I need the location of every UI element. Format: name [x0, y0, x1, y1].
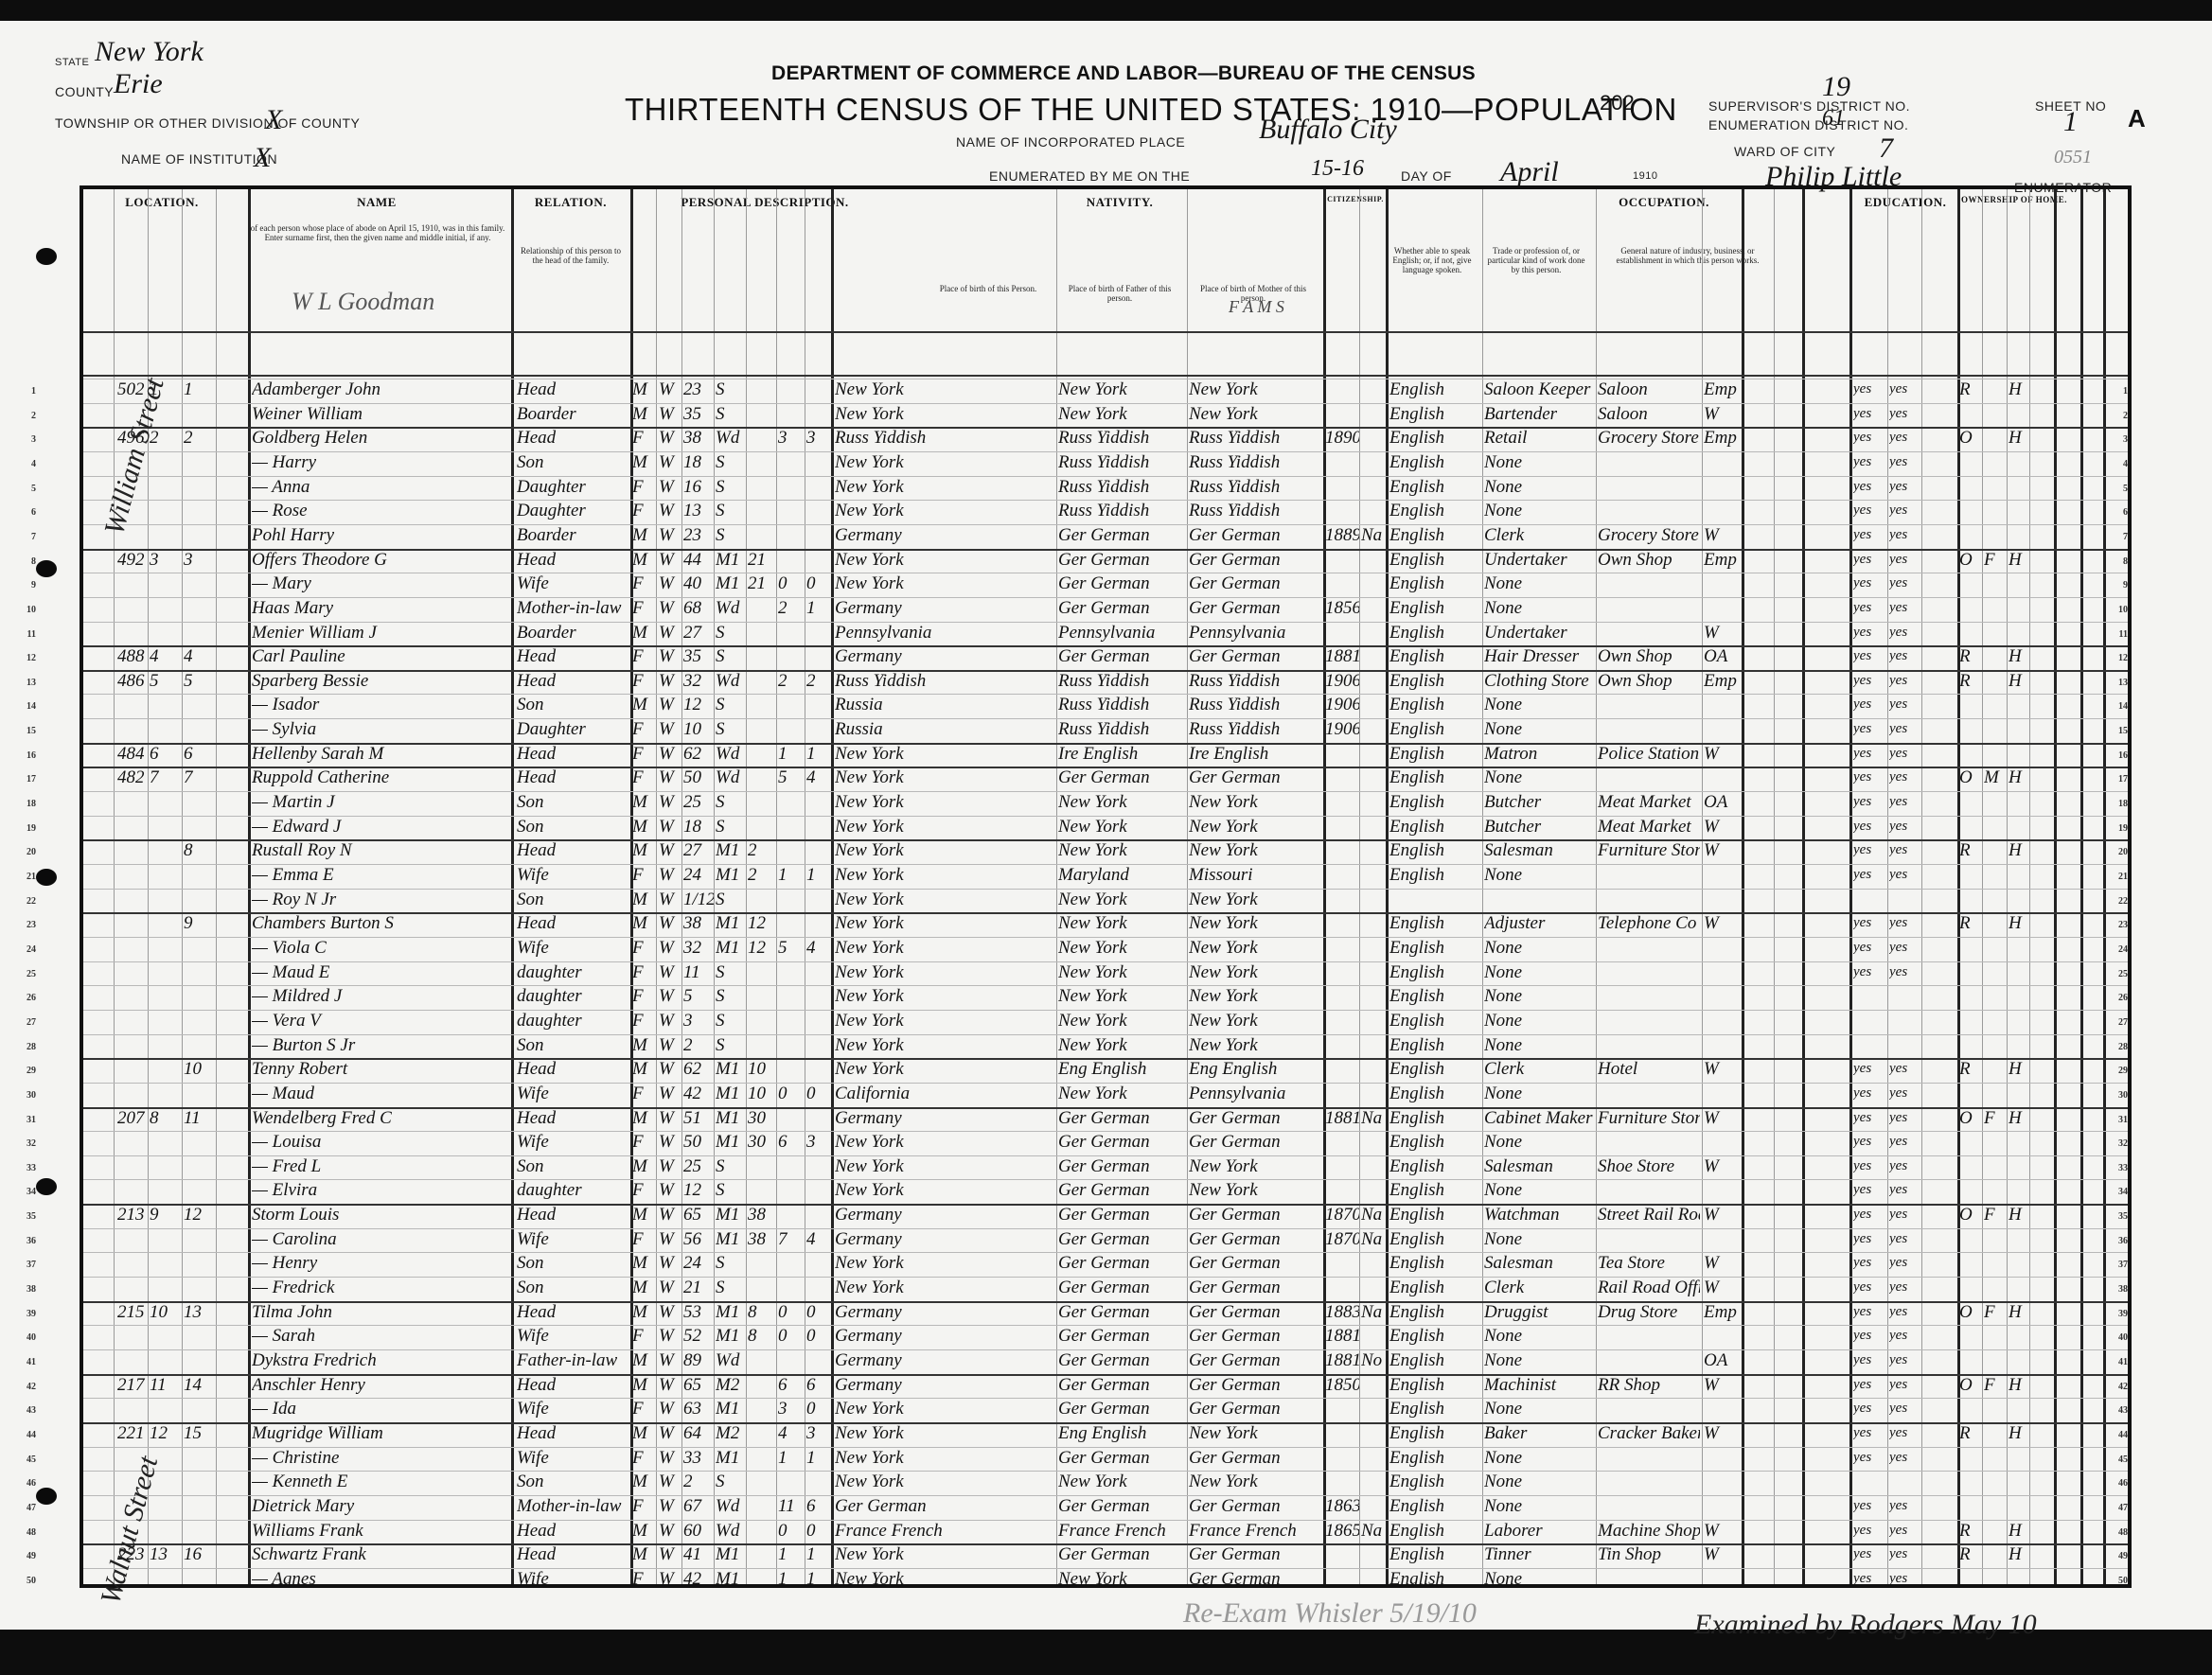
race: W	[659, 1299, 681, 1325]
can-read: yes	[1853, 692, 1887, 717]
line-number: 9	[2109, 580, 2128, 591]
children-born: 0	[778, 1323, 803, 1349]
can-read: yes	[1853, 644, 1887, 669]
birthplace-mother: Ger German	[1189, 1445, 1321, 1471]
can-write: yes	[1889, 789, 1923, 815]
trade: None	[1484, 983, 1594, 1009]
line-number: 24	[2109, 944, 2128, 955]
line-number: 16	[17, 750, 36, 761]
birthplace-person: New York	[835, 474, 1054, 500]
relation: Head	[517, 668, 628, 694]
birthplace-person: New York	[835, 960, 1054, 985]
age: 2	[683, 1469, 714, 1494]
can-read: yes	[1853, 814, 1887, 839]
birthplace-mother: Ger German	[1189, 1396, 1321, 1421]
race: W	[659, 1226, 681, 1252]
industry: Own Shop	[1598, 644, 1700, 669]
race: W	[659, 595, 681, 621]
race: W	[659, 498, 681, 523]
line-number: 15	[17, 726, 36, 736]
relation: Wife	[517, 935, 628, 961]
can-write: yes	[1889, 1542, 1923, 1567]
birthplace-person: New York	[835, 1154, 1054, 1179]
trade: Watchman	[1484, 1202, 1594, 1227]
person-name: Menier William J	[252, 620, 507, 645]
immigration-year: 1863	[1325, 1493, 1359, 1519]
relation: Head	[517, 1056, 628, 1082]
birthplace-mother: Ger German	[1189, 1566, 1321, 1592]
line-number: 37	[17, 1260, 36, 1270]
age: 65	[683, 1202, 714, 1227]
can-read: yes	[1853, 862, 1887, 888]
line-number: 27	[2109, 1017, 2128, 1028]
farm-house: H	[2008, 1105, 2029, 1131]
race: W	[659, 814, 681, 839]
line-number: 23	[2109, 920, 2128, 930]
relation: daughter	[517, 983, 628, 1009]
can-read: yes	[1853, 960, 1887, 985]
line-number: 44	[2109, 1430, 2128, 1440]
sex: M	[632, 1542, 655, 1567]
language: English	[1389, 377, 1480, 402]
age: 11	[683, 960, 714, 985]
industry: Furniture Store	[1598, 837, 1700, 863]
line-number: 26	[2109, 993, 2128, 1003]
line-number: 29	[17, 1066, 36, 1076]
census-table: LOCATION. NAME RELATION. PERSONAL DESCRI…	[80, 185, 2132, 1588]
institution-value: X	[254, 142, 271, 174]
employer-status: W	[1704, 1542, 1740, 1567]
can-write: yes	[1889, 765, 1923, 790]
marital-status: M1	[716, 1445, 746, 1471]
relation: Wife	[517, 1226, 628, 1252]
trade: Clerk	[1484, 1275, 1594, 1300]
sex: M	[632, 789, 655, 815]
children-living: 0	[806, 1299, 831, 1325]
birthplace-person: Germany	[835, 1348, 1054, 1373]
birthplace-mother: New York	[1189, 377, 1321, 402]
sex: M	[632, 1348, 655, 1373]
person-name: — Martin J	[252, 789, 507, 815]
can-read: yes	[1853, 450, 1887, 475]
line-number: 25	[2109, 969, 2128, 979]
punch-hole	[36, 869, 57, 886]
sex: M	[632, 1250, 655, 1276]
marital-status: M1	[716, 1226, 746, 1252]
farm-house: H	[2008, 377, 2029, 402]
line-number: 20	[2109, 847, 2128, 857]
employer-status: W	[1704, 741, 1740, 767]
ward-label: WARD OF CITY	[1734, 144, 1835, 159]
marital-status: M1	[716, 1323, 746, 1349]
person-name: Anschler Henry	[252, 1372, 507, 1398]
age: 62	[683, 1056, 714, 1082]
birthplace-person: New York	[835, 1250, 1054, 1276]
farm-house: H	[2008, 547, 2029, 573]
person-name: — Elvira	[252, 1177, 507, 1203]
sex: M	[632, 620, 655, 645]
person-name: Adamberger John	[252, 377, 507, 402]
age: 67	[683, 1493, 714, 1519]
industry: Own Shop	[1598, 668, 1700, 694]
marital-status: S	[716, 377, 746, 402]
relation: Head	[517, 425, 628, 450]
birthplace-person: Germany	[835, 1323, 1054, 1349]
industry: Hotel	[1598, 1056, 1700, 1082]
trade: None	[1484, 1081, 1594, 1106]
marital-status: M1	[716, 1566, 746, 1592]
can-write: yes	[1889, 716, 1923, 742]
person-name: Tenny Robert	[252, 1056, 507, 1082]
birthplace-person: New York	[835, 887, 1054, 912]
birthplace-mother: New York	[1189, 983, 1321, 1009]
race: W	[659, 741, 681, 767]
sex: F	[632, 983, 655, 1009]
line-number: 6	[17, 507, 36, 518]
birthplace-person: Germany	[835, 595, 1054, 621]
line-number: 32	[2109, 1138, 2128, 1149]
relation: Wife	[517, 1566, 628, 1592]
can-read: yes	[1853, 1226, 1887, 1252]
children-born: 0	[778, 571, 803, 596]
marital-status: S	[716, 983, 746, 1009]
birthplace-person: New York	[835, 862, 1054, 888]
marital-status: Wd	[716, 595, 746, 621]
birthplace-father: Russ Yiddish	[1058, 498, 1185, 523]
line-number: 10	[17, 605, 36, 615]
employer-status: OA	[1704, 789, 1740, 815]
birthplace-mother: New York	[1189, 814, 1321, 839]
trade: None	[1484, 595, 1594, 621]
can-write: yes	[1889, 692, 1923, 717]
can-read: yes	[1853, 1299, 1887, 1325]
can-read: yes	[1853, 425, 1887, 450]
can-read: yes	[1853, 1202, 1887, 1227]
trade: None	[1484, 1469, 1594, 1494]
can-read: yes	[1853, 571, 1887, 596]
language: English	[1389, 1372, 1480, 1398]
farm-house: H	[2008, 765, 2029, 790]
person-name: Williams Frank	[252, 1518, 507, 1543]
trade: Butcher	[1484, 814, 1594, 839]
children-living: 3	[806, 425, 831, 450]
owned-rented: O	[1959, 1105, 1980, 1131]
relation: Wife	[517, 1445, 628, 1471]
children-born: 5	[778, 765, 803, 790]
birthplace-mother: Ger German	[1189, 1105, 1321, 1131]
person-name: Dykstra Fredrich	[252, 1348, 507, 1373]
birthplace-person: France French	[835, 1518, 1054, 1543]
children-living: 2	[806, 668, 831, 694]
language: English	[1389, 571, 1480, 596]
immigration-year: 1883	[1325, 1299, 1359, 1325]
language: English	[1389, 644, 1480, 669]
can-read: yes	[1853, 1518, 1887, 1543]
language: English	[1389, 1226, 1480, 1252]
sheet-side: A	[2128, 104, 2146, 133]
person-name: Rustall Roy N	[252, 837, 507, 863]
children-living: 0	[806, 1396, 831, 1421]
marital-status: S	[716, 498, 746, 523]
birthplace-mother: Eng English	[1189, 1056, 1321, 1082]
can-read: yes	[1853, 1420, 1887, 1446]
race: W	[659, 1420, 681, 1446]
line-number: 8	[2109, 556, 2128, 567]
birthplace-father: New York	[1058, 814, 1185, 839]
industry: Police Station	[1598, 741, 1700, 767]
age: 40	[683, 571, 714, 596]
industry: Saloon	[1598, 377, 1700, 402]
language: English	[1389, 1008, 1480, 1033]
language: English	[1389, 789, 1480, 815]
family-number: 7	[184, 765, 214, 790]
marital-status: M1	[716, 837, 746, 863]
language: English	[1389, 668, 1480, 694]
race: W	[659, 1008, 681, 1033]
sex: F	[632, 741, 655, 767]
line-number: 38	[17, 1284, 36, 1295]
language: English	[1389, 1348, 1480, 1373]
supervisor-label: SUPERVISOR'S DISTRICT NO.	[1708, 98, 1910, 114]
line-number: 22	[17, 896, 36, 907]
state-label: STATE	[55, 57, 89, 68]
can-write: yes	[1889, 620, 1923, 645]
relation: Boarder	[517, 620, 628, 645]
farm-house: H	[2008, 425, 2029, 450]
line-number: 46	[17, 1478, 36, 1489]
dwelling-number: 9	[150, 1202, 178, 1227]
marital-status: Wd	[716, 1493, 746, 1519]
race: W	[659, 1323, 681, 1349]
birthplace-person: New York	[835, 910, 1054, 936]
birthplace-mother: Ger German	[1189, 1275, 1321, 1300]
marital-status: S	[716, 1154, 746, 1179]
line-number: 14	[2109, 701, 2128, 712]
race: W	[659, 1056, 681, 1082]
birthplace-mother: Russ Yiddish	[1189, 668, 1321, 694]
language: English	[1389, 862, 1480, 888]
dwelling-number: 13	[150, 1542, 178, 1567]
relation: Mother-in-law	[517, 595, 628, 621]
relation: Son	[517, 692, 628, 717]
birthplace-father: Russ Yiddish	[1058, 692, 1185, 717]
can-write: yes	[1889, 910, 1923, 936]
age: 5	[683, 983, 714, 1009]
relation-instructions: Relationship of this person to the head …	[519, 246, 623, 265]
race: W	[659, 1129, 681, 1155]
name-instructions: of each person whose place of abode on A…	[250, 223, 505, 242]
punch-hole	[36, 560, 57, 577]
person-name: Chambers Burton S	[252, 910, 507, 936]
years-married: 21	[748, 547, 774, 573]
language: English	[1389, 1542, 1480, 1567]
marital-status: S	[716, 1008, 746, 1033]
family-number: 5	[184, 668, 214, 694]
age: 3	[683, 1008, 714, 1033]
race: W	[659, 789, 681, 815]
naturalization: Na	[1361, 522, 1386, 548]
employer-status: OA	[1704, 1348, 1740, 1373]
birthplace-person: Russ Yiddish	[835, 668, 1054, 694]
birthplace-person: Germany	[835, 1202, 1054, 1227]
marital-status: M1	[716, 1542, 746, 1567]
line-number: 21	[2109, 872, 2128, 882]
line-number: 6	[2109, 507, 2128, 518]
children-born: 1	[778, 741, 803, 767]
race: W	[659, 887, 681, 912]
person-name: Pohl Harry	[252, 522, 507, 548]
employer-status: Emp	[1704, 425, 1740, 450]
person-name: — Rose	[252, 498, 507, 523]
race: W	[659, 474, 681, 500]
farm-house: H	[2008, 668, 2029, 694]
relation: Head	[517, 741, 628, 767]
years-married: 2	[748, 837, 774, 863]
person-name: — Burton S Jr	[252, 1032, 507, 1058]
person-name: Dietrick Mary	[252, 1493, 507, 1519]
age: 50	[683, 1129, 714, 1155]
marital-status: S	[716, 474, 746, 500]
birthplace-mother: Pennsylvania	[1189, 620, 1321, 645]
person-name: Sparberg Bessie	[252, 668, 507, 694]
birthplace-person: New York	[835, 741, 1054, 767]
race: W	[659, 1469, 681, 1494]
race: W	[659, 377, 681, 402]
person-name: Schwartz Frank	[252, 1542, 507, 1567]
owned-rented: R	[1959, 1542, 1980, 1567]
sex: M	[632, 547, 655, 573]
person-name: Carl Pauline	[252, 644, 507, 669]
birthplace-mother: Missouri	[1189, 862, 1321, 888]
can-write: yes	[1889, 377, 1923, 402]
language: English	[1389, 1445, 1480, 1471]
sex: M	[632, 522, 655, 548]
immigration-year: 1881	[1325, 644, 1359, 669]
trade: None	[1484, 960, 1594, 985]
can-read: yes	[1853, 910, 1887, 936]
can-read: yes	[1853, 1275, 1887, 1300]
birthplace-mother: New York	[1189, 1420, 1321, 1446]
race: W	[659, 983, 681, 1009]
sex: F	[632, 571, 655, 596]
can-read: yes	[1853, 401, 1887, 427]
line-number: 17	[2109, 774, 2128, 785]
farm-house: H	[2008, 1518, 2029, 1543]
children-born: 0	[778, 1299, 803, 1325]
line-number: 50	[2109, 1576, 2128, 1586]
line-number: 16	[2109, 750, 2128, 761]
years-married: 38	[748, 1226, 774, 1252]
line-number: 12	[2109, 653, 2128, 663]
relation: Son	[517, 789, 628, 815]
trade: None	[1484, 716, 1594, 742]
marital-status: M2	[716, 1420, 746, 1446]
birthplace-father: Ger German	[1058, 547, 1185, 573]
trade: None	[1484, 1008, 1594, 1033]
children-living: 4	[806, 765, 831, 790]
birthplace-mother: New York	[1189, 960, 1321, 985]
line-number: 32	[17, 1138, 36, 1149]
line-number: 47	[2109, 1503, 2128, 1513]
race: W	[659, 547, 681, 573]
trade: Matron	[1484, 741, 1594, 767]
birthplace-father: Ger German	[1058, 1445, 1185, 1471]
trade: Cabinet Maker	[1484, 1105, 1594, 1131]
can-read: yes	[1853, 1348, 1887, 1373]
house-number: 215	[117, 1299, 146, 1325]
farm-house: H	[2008, 837, 2029, 863]
sex: M	[632, 837, 655, 863]
employer-status: W	[1704, 1250, 1740, 1276]
enumerated-days: 15-16	[1311, 156, 1364, 182]
language: English	[1389, 814, 1480, 839]
race: W	[659, 1105, 681, 1131]
birthplace-father: New York	[1058, 1081, 1185, 1106]
can-write: yes	[1889, 401, 1923, 427]
birthplace-mother: Russ Yiddish	[1189, 692, 1321, 717]
birthplace-father: New York	[1058, 935, 1185, 961]
trade: None	[1484, 1226, 1594, 1252]
trade: None	[1484, 1032, 1594, 1058]
can-read: yes	[1853, 1129, 1887, 1155]
children-living: 0	[806, 571, 831, 596]
birthplace-mother: New York	[1189, 935, 1321, 961]
can-read: yes	[1853, 474, 1887, 500]
language: English	[1389, 1566, 1480, 1592]
punch-hole	[36, 1178, 57, 1195]
marital-status: M1	[716, 1202, 746, 1227]
section-location: LOCATION.	[83, 195, 240, 210]
language: English	[1389, 1081, 1480, 1106]
children-born: 7	[778, 1226, 803, 1252]
race: W	[659, 765, 681, 790]
relation: Head	[517, 1420, 628, 1446]
family-number: 6	[184, 741, 214, 767]
sex: F	[632, 1493, 655, 1519]
race: W	[659, 1154, 681, 1179]
children-born: 1	[778, 1542, 803, 1567]
trade: Bartender	[1484, 401, 1594, 427]
line-number: 12	[17, 653, 36, 663]
relation: Wife	[517, 1396, 628, 1421]
race: W	[659, 1372, 681, 1398]
punch-hole	[36, 1488, 57, 1505]
years-married: 30	[748, 1129, 774, 1155]
sex: F	[632, 595, 655, 621]
birthplace-person: New York	[835, 789, 1054, 815]
language: English	[1389, 910, 1480, 936]
employer-status: Emp	[1704, 377, 1740, 402]
children-living: 1	[806, 862, 831, 888]
person-name: — Mildred J	[252, 983, 507, 1009]
sex: F	[632, 644, 655, 669]
line-number: 21	[17, 872, 36, 882]
immigration-year: 1906	[1325, 692, 1359, 717]
employer-status: W	[1704, 1056, 1740, 1082]
birthplace-mother: Ger German	[1189, 1372, 1321, 1398]
sex: F	[632, 960, 655, 985]
birthplace-father: Ger German	[1058, 1542, 1185, 1567]
sex: M	[632, 1299, 655, 1325]
children-born: 3	[778, 425, 803, 450]
marital-status: S	[716, 960, 746, 985]
children-living: 4	[806, 935, 831, 961]
industry: Machine Shop	[1598, 1518, 1700, 1543]
employer-status: W	[1704, 1275, 1740, 1300]
language: English	[1389, 474, 1480, 500]
owned-rented: O	[1959, 1372, 1980, 1398]
relation: Head	[517, 1542, 628, 1567]
